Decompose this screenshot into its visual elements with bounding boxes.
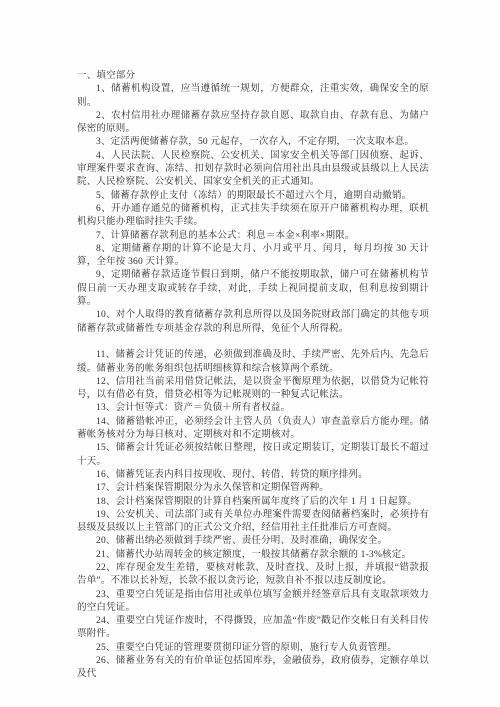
list-item: 15、储蓄会计凭证必须按结帐日整理，按日或定期装订，定期装订最长不超过十天。 <box>77 442 429 469</box>
list-item: 12、信用社当前采用借贷记帐法，是以资金平衡原理为依据，以借贷为记帐符号，以有借… <box>77 376 429 403</box>
list-item: 16、储蓄凭证表内科目按现收、现付、转借、转贷的顺序排列。 <box>77 469 429 482</box>
list-item: 13、会计恒等式：资产＝负债＋所有者权益。 <box>77 402 429 415</box>
list-item: 3、定活两便储蓄存款，50 元起存，一次存入，不定存期，一次支取本息。 <box>77 136 429 149</box>
document-page: 一、填空部分 1、储蓄机构设置，应当遵循统一规划，方便群众，注重实效，确保安全的… <box>0 0 500 707</box>
list-item: 11、储蓄会计凭证的传递，必须做到准确及时、手续严密、先外后内、先急后缓。储蓄业… <box>77 349 429 376</box>
list-item: 24、重要空白凭证作废时，不得撕毁，应加盖“作废”戳记作交帐日有关科目传票附件。 <box>77 615 429 642</box>
list-item: 6、开办通存通兑的储蓄机构，正式挂失手续须在原开户储蓄机构办理，联机机构只能办理… <box>77 203 429 230</box>
list-item: 25、重要空白凭证的管理要贯彻印证分管的原则，施行专人负责管理。 <box>77 642 429 655</box>
document-content: 一、填空部分 1、储蓄机构设置，应当遵循统一规划，方便群众，注重实效，确保安全的… <box>77 70 429 682</box>
list-item: 1、储蓄机构设置，应当遵循统一规划，方便群众，注重实效，确保安全的原则。 <box>77 83 429 110</box>
items-list: 1、储蓄机构设置，应当遵循统一规划，方便群众，注重实效，确保安全的原则。2、农村… <box>77 83 429 681</box>
list-item: 10、对个人取得的教育储蓄存款利息所得以及国务院财政部门确定的其他专项储蓄存款或… <box>77 309 429 336</box>
section-title: 一、填空部分 <box>77 70 429 83</box>
list-item: 9、定期储蓄存款适逢节假日到期，储户不能按期取款，储户可在储蓄机构节假日前一天办… <box>77 269 429 309</box>
list-item: 4、人民法院、人民检察院、公安机关、国家安全机关等部门因侦察、起诉、审理案件要求… <box>77 150 429 190</box>
list-item: 14、储蓄错帐冲正，必须经会计主管人员（负责人）审查盖章后方能办理。储蓄帐务核对… <box>77 416 429 443</box>
list-item: 23、重要空白凭证是指由信用社或单位填写金额并经签章后具有支取款项效力的空白凭证… <box>77 589 429 616</box>
list-item: 17、会计档案保管期限分为永久保管和定期保管两种。 <box>77 482 429 495</box>
list-item: 7、计算储蓄存款利息的基本公式：利息＝本金×利率×期限。 <box>77 230 429 243</box>
list-item: 2、农村信用社办理储蓄存款应坚持存款自愿、取款自由、存款有息、为储户保密的原则。 <box>77 110 429 137</box>
list-item: 20、储蓄出纳必须做到手续严密、责任分明、及时准确，确保安全。 <box>77 535 429 548</box>
list-item: 8、定期储蓄存期的计算不论是大月、小月或平月、闰月，每月均按 30 天计算，全年… <box>77 243 429 270</box>
list-item: 18、会计档案保管期限的计算自档案所属年度终了后的次年 1 月 1 日起算。 <box>77 496 429 509</box>
list-item: 21、储蓄代办站周转金的核定额度，一般按其储蓄存款余额的 1-3%核定。 <box>77 549 429 562</box>
list-item: 26、储蓄业务有关的有价单证包括国库券，金融债券，政府债券，定额存单以及代 <box>77 655 429 682</box>
list-item: 22、库存现金发生差错，要核对帐款、及时查找、及时上报，并填报“错款报告单”。不… <box>77 562 429 589</box>
list-item: 19、公安机关、司法部门或有关单位办理案件需要查阅储蓄档案时，必须持有县级及县级… <box>77 509 429 536</box>
list-item: 5、储蓄存款停止支付（冻结）的期限最长不超过六个月，逾期自动撤销。 <box>77 190 429 203</box>
